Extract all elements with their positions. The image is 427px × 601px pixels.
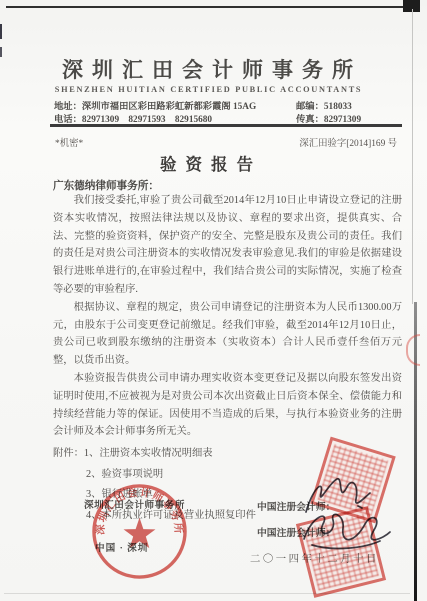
document-number: 深汇田验字[2014]169 号 bbox=[299, 135, 397, 149]
fax-line: 传真：82971309 bbox=[296, 111, 402, 125]
scan-edge-bottom bbox=[4, 593, 410, 594]
address-line: 地址：深圳市福田区彩田路彩虹新都彩霞阁 15AG bbox=[54, 98, 256, 112]
postcode-line: 邮编：518033 bbox=[296, 98, 402, 112]
letterhead-phone-row: 电话：82971309 82971593 82915680 传真：8297130… bbox=[54, 111, 402, 125]
letterhead-company-name-en: SHENZHEN HUITIAN CERTIFIED PUBLIC ACCOUN… bbox=[0, 85, 417, 94]
report-title: 验资报告 bbox=[0, 151, 413, 175]
scan-mark-left bbox=[0, 24, 2, 39]
attachment-item: 1、注册资本实收情况明细表 bbox=[84, 448, 213, 459]
scan-edge-top bbox=[6, 6, 413, 8]
cpa-signature-2 bbox=[292, 505, 394, 557]
seal-star-icon bbox=[124, 518, 156, 548]
body-paragraph: 我们接受委托,审验了贵公司截至2014年12月10日止申请设立登记的注册资本实收… bbox=[53, 192, 402, 299]
firm-round-seal: 深圳汇田会计师事务所 bbox=[90, 482, 189, 581]
stamp-bleed-right-edge bbox=[406, 334, 420, 366]
body-paragraph: 本验资报告供贵公司申请办理实收资本变更登记及据以向股东签发出资证明时使用,不应被… bbox=[53, 370, 402, 441]
letterhead-address-row: 地址：深圳市福田区彩田路彩虹新都彩霞阁 15AG 邮编：518033 bbox=[54, 98, 402, 112]
letterhead-divider-rule bbox=[50, 124, 402, 127]
report-addressee: 广东德纳律师事务所： bbox=[53, 178, 159, 193]
body-paragraph: 根据协议、章程的规定，贵公司申请登记的注册资本为人民币1300.00万元，由股东… bbox=[53, 299, 402, 370]
scanned-document-page: 深圳汇田会计师事务所 SHENZHEN HUITIAN CERTIFIED PU… bbox=[0, 0, 427, 601]
meta-row: *机密* 深汇田验字[2014]169 号 bbox=[55, 135, 397, 149]
confidential-marker: *机密* bbox=[55, 135, 83, 149]
letterhead-company-name-cn: 深圳汇田会计师事务所 bbox=[0, 54, 415, 84]
attachments-label: 附件： bbox=[53, 448, 84, 459]
phone-line: 电话：82971309 82971593 82915680 bbox=[54, 111, 212, 125]
